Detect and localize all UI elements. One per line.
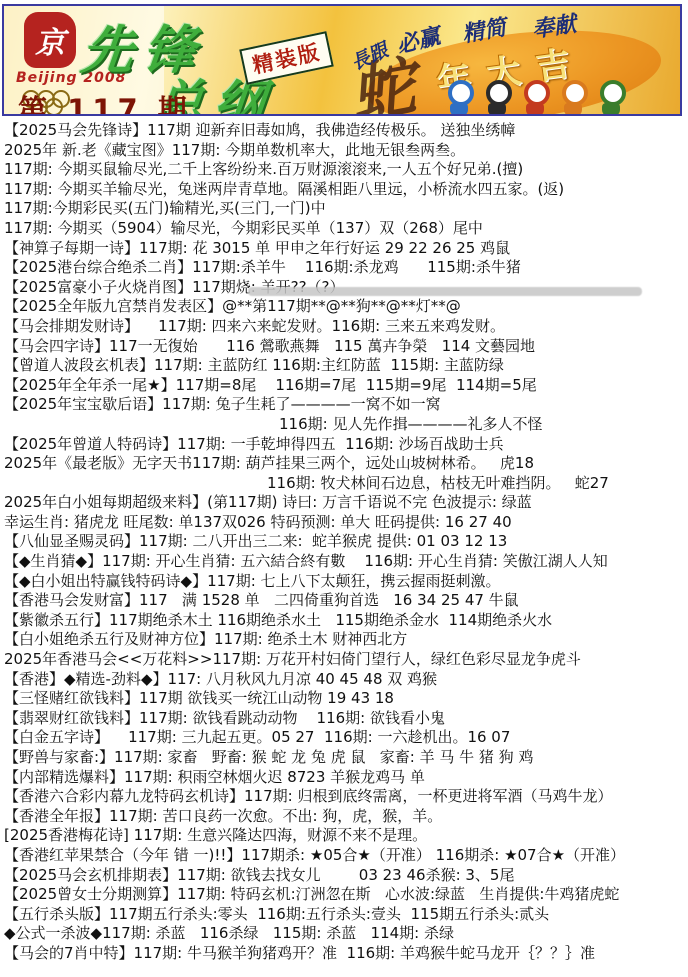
- text-line: 【2025年全年杀一尾★】117期=8尾 116期=7尾 115期=9尾 114…: [4, 376, 688, 396]
- scanned-lottery-sheet: 京 Beijing 2008 蛇 年大吉 先锋 总纲 第 117 期 精装版 長…: [0, 0, 688, 977]
- mascot-huanhuan-red-icon: [516, 78, 554, 116]
- redacted-blur-streak: [248, 287, 642, 296]
- mascot-row: [440, 76, 660, 116]
- text-line: 【香港】◆精选-劲料◆】117: 八月秋风九月凉 40 45 48 双 鸡猴: [4, 670, 688, 690]
- text-line: 117期:今期彩民买(五门)输精光,买(三门,一门)中: [4, 199, 688, 219]
- text-line: 117期: 今期买鼠输尽光,二千上客纷纷来.百万财源滚滚来,一人五个好兄弟.(擅…: [4, 160, 688, 180]
- text-line: 【香港全年报】117期: 苦口良药一次愈。不出: 狗，虎，猴，羊。: [4, 807, 688, 827]
- text-line: 【2025马会先锋诗】117期 迎新弃旧毒如鸠，我佛造经传极乐。 送独坐绣幛: [4, 121, 688, 141]
- text-line: 【2025年曾道人特码诗】117期: 一手乾坤得四五 116期: 沙场百战助士兵: [4, 435, 688, 455]
- text-line: 116期: 牧犬林间石边息，枯枝无叶难挡阴。 蛇27: [4, 474, 688, 494]
- text-line: 【2025年宝宝歇后语】117期: 兔子生耗了————一窝不如一窝: [4, 395, 688, 415]
- edition-badge: 精装版: [239, 31, 334, 85]
- text-line: 117期: 今期买（5904）输尽光，今期彩民买单（137）双（268）尾中: [4, 219, 688, 239]
- content-lines: 【2025马会先锋诗】117期 迎新弃旧毒如鸠，我佛造经传极乐。 送独坐绣幛20…: [4, 121, 688, 964]
- text-line: 【2025全年版九宫禁肖发表区】@**第117期**@**狗**@**灯**@: [4, 297, 688, 317]
- text-line: 【香港马会发财富】117 满 1528 单 二四倚重狗首选 16 34 25 4…: [4, 591, 688, 611]
- text-line: 2025年香港马会<<万花料>>117期: 万花开村妇倚门望行人，绿红色彩尽显龙…: [4, 650, 688, 670]
- text-line: 【曾道人波段玄机表】117期: 主蓝防红 116期:主红防蓝 115期: 主蓝防…: [4, 356, 688, 376]
- text-line: 2025年 新.老《藏宝图》117期: 今期单数机率大，此地无银叁两叁。: [4, 141, 688, 161]
- text-line: 【内部精选爆料】117期: 积雨空林烟火迟 8723 羊猴龙鸡马 单: [4, 768, 688, 788]
- text-line: ◆公式一杀波◆117期: 杀蓝 116杀绿 115期: 杀蓝 114期: 杀绿: [4, 924, 688, 944]
- mascot-beibei-blue-icon: [440, 78, 478, 116]
- text-line: 【八仙显圣赐灵码】117期: 二八开出三二来: 蛇羊猴虎 提供: 01 03 1…: [4, 532, 688, 552]
- header-banner: 京 Beijing 2008 蛇 年大吉 先锋 总纲 第 117 期 精装版 長…: [2, 4, 682, 116]
- text-line: 【神算子每期一诗】117期: 花 3015 单 甲申之年行好运 29 22 26…: [4, 239, 688, 259]
- text-line: 【野兽与家畜:】117期: 家畜 野畜: 猴 蛇 龙 兔 虎 鼠 家畜: 羊 马…: [4, 748, 688, 768]
- text-line: 幸运生肖: 猪虎龙 旺尾数: 单137双026 特码预测: 单大 旺码提供: 1…: [4, 513, 688, 533]
- text-line: 【白小姐绝杀五行及财神方位】117期: 绝杀土木 财神西北方: [4, 630, 688, 650]
- text-line: 116期: 见人先作揖————礼多人不怪: [4, 415, 688, 435]
- text-line: 【白金五字诗】 117期: 三九起五更。05 27 116期: 一六趁机出。16…: [4, 728, 688, 748]
- issue-number: 第 117 期: [18, 88, 192, 116]
- text-line: 【香港六合彩内幕九龙特码玄机诗】117期: 归根到底终需离，一杯更进将军酒（马鸡…: [4, 787, 688, 807]
- text-line: 【翡翠财红欲钱料】117期: 欲钱看跳动动物 116期: 欲钱看小鬼: [4, 709, 688, 729]
- text-line: 【马会四字诗】117一无復始 116 鶯歌燕舞 115 萬卉争榮 114 文藝园…: [4, 337, 688, 357]
- text-line: 2025年白小姐每期超级来料】(第117期) 诗曰: 万言千语说不完 色波提示:…: [4, 493, 688, 513]
- text-line: [2025香港梅花诗] 117期: 生意兴隆达四海，财源不来不是理。: [4, 826, 688, 846]
- text-line: 117期: 今期买羊输尽光，兔迷两岸青草地。隔溪相距八里远，小桥流水四五家。(返…: [4, 180, 688, 200]
- text-line: 【五行杀头版】117期五行杀头:零头 116期:五行杀头:壹头 115期五行杀头…: [4, 905, 688, 925]
- mascot-nini-green-icon: [592, 78, 630, 116]
- text-line: 【2025马会玄机排期表】117期: 欲钱去找女儿 03 23 46杀猴: 3、…: [4, 866, 688, 886]
- text-line: 【三怪赌红欲钱料】117期 欲钱买一统江山动物 19 43 18: [4, 689, 688, 709]
- mascot-yingying-orange-icon: [554, 78, 592, 116]
- text-line: 【◆白小姐出特赢钱特码诗◆】117期: 七上八下太颠狂，携云握雨挺刺激。: [4, 572, 688, 592]
- slogan-dedication: 奉献: [530, 7, 578, 44]
- text-line: 【马会的7肖中特】117期: 牛马猴羊狗猪鸡开？准 116期: 羊鸡猴牛蛇马龙开…: [4, 944, 688, 964]
- text-line: 【香港红苹果禁合（今年 错 一)!!】117期杀: ★05合★（开准） 116期…: [4, 846, 688, 866]
- text-line: 【马会排期发财诗】 117期: 四来六来蛇发财。116期: 三来五来鸡发财。: [4, 317, 688, 337]
- mascot-jingjing-panda-icon: [478, 78, 516, 116]
- text-line: 【◆生肖猜◆】117期: 开心生肖猜: 五六結合終有數 116期: 开心生肖猜:…: [4, 552, 688, 572]
- text-line: 【2025曾女士分期测算】117期: 特码玄机:汀洲忽在斯 心水波:绿蓝 生肖提…: [4, 885, 688, 905]
- beijing-olympic-seal-icon: 京: [24, 12, 76, 68]
- text-line: 2025年《最老版》无字天书117期: 葫芦挂果三两个，远处山坡树林希。 虎18: [4, 454, 688, 474]
- text-line: 【2025港台综合绝杀二肖】117期:杀羊牛 116期:杀龙鸡 115期:杀牛猪: [4, 258, 688, 278]
- text-line: 【紫徽杀五行】117期绝杀木土 116期绝杀水土 115期绝杀金水 114期绝杀…: [4, 611, 688, 631]
